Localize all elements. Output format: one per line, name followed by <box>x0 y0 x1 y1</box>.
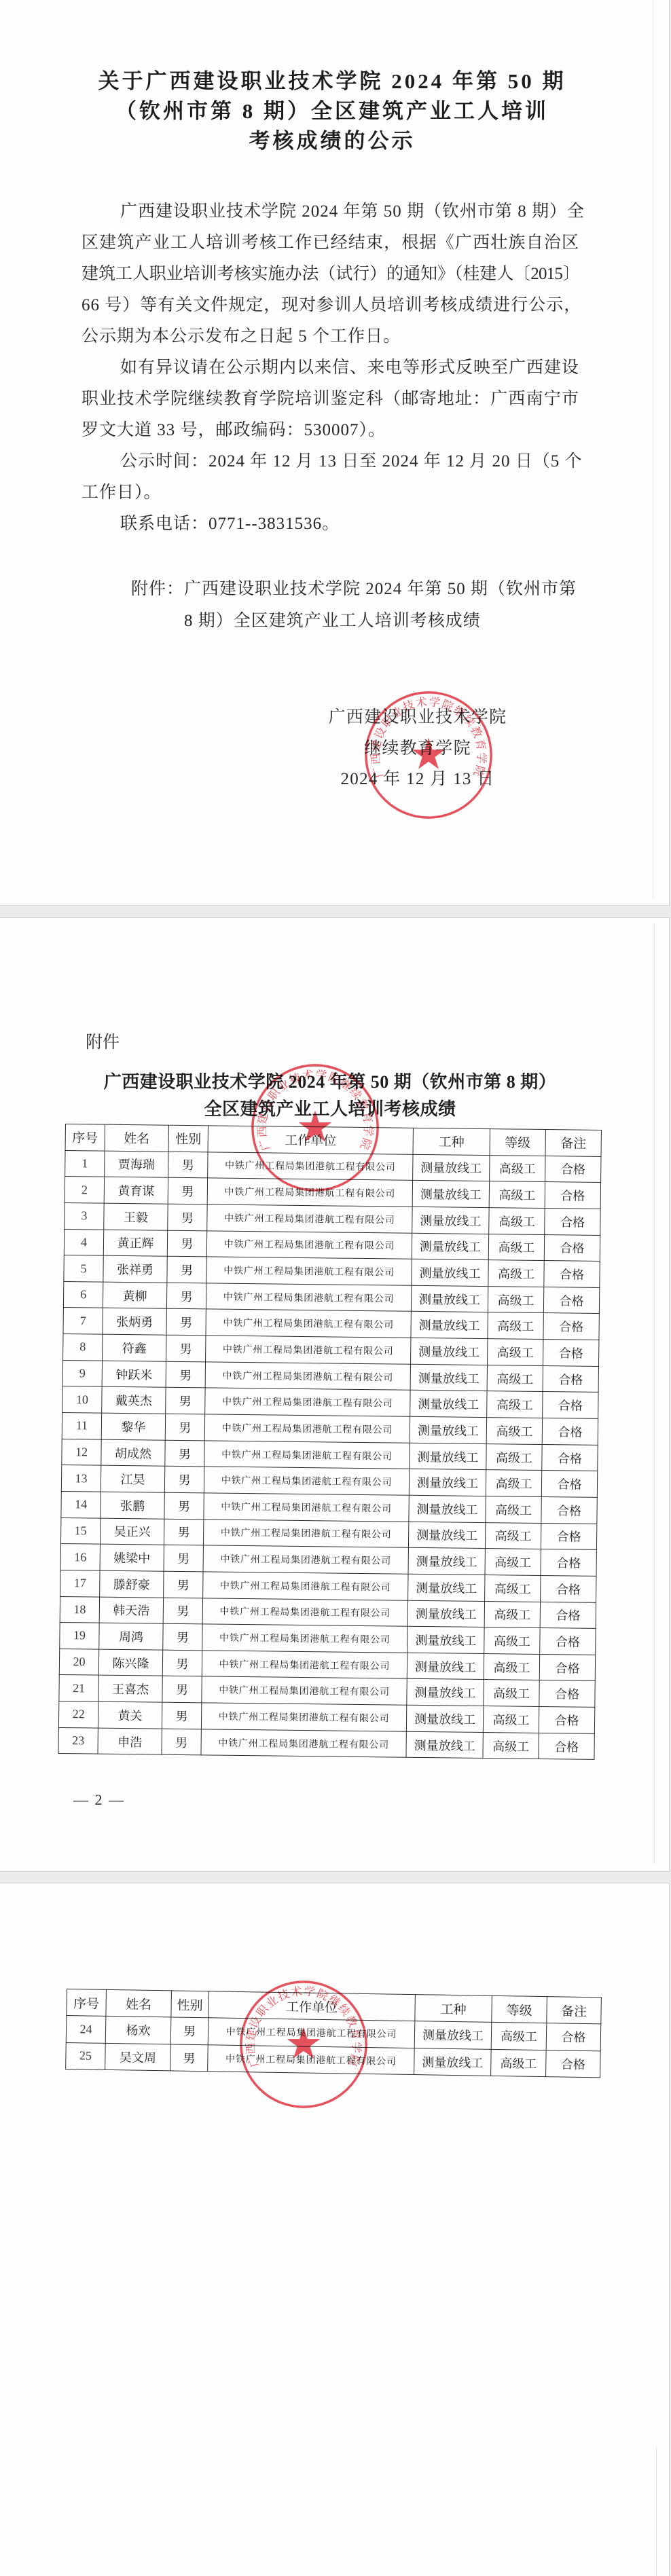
cell-employer: 中铁广州工程局集团港航工程有限公司 <box>205 1388 410 1416</box>
cell-remark: 合格 <box>539 1654 595 1681</box>
cell-trade: 测量放线工 <box>414 2021 492 2049</box>
scan-edge-line <box>656 2447 657 2576</box>
cell-trade: 测量放线工 <box>409 1495 486 1522</box>
contact-phone-line: 联系电话：0771--3831536。 <box>120 509 579 540</box>
cell-level: 高级工 <box>484 1627 540 1655</box>
header-level: 等级 <box>490 1129 545 1156</box>
cell-no: 16 <box>60 1544 100 1570</box>
cell-remark: 合格 <box>539 1707 594 1734</box>
cell-trade: 测量放线工 <box>406 1731 483 1759</box>
cell-name: 申浩 <box>98 1728 162 1755</box>
cell-gender: 男 <box>162 1702 201 1729</box>
cell-employer: 中铁广州工程局集团港航工程有限公司 <box>202 1598 407 1626</box>
cell-employer: 中铁广州工程局集团港航工程有限公司 <box>203 1545 408 1574</box>
cell-employer: 中铁广州工程局集团港航工程有限公司 <box>206 1336 411 1364</box>
header-gender: 性别 <box>171 1991 209 2018</box>
cell-trade: 测量放线工 <box>412 1259 488 1287</box>
page-3: 序号 姓名 性别 工作单位 工种 等级 备注 24 杨欢 男 中铁广州工程局集团… <box>0 1883 670 2576</box>
cell-gender: 男 <box>164 1545 203 1571</box>
cell-name: 陈兴隆 <box>98 1649 162 1676</box>
table-row: 23 申浩 男 中铁广州工程局集团港航工程有限公司 测量放线工 高级工 合格 <box>58 1727 594 1760</box>
cell-name: 黎华 <box>101 1413 165 1440</box>
body-line: 如有异议请在公示期内以来信、来电等形式反映至广西建设 <box>120 352 579 384</box>
cell-trade: 测量放线工 <box>414 2048 492 2076</box>
document-viewer[interactable]: 关于广西建设职业技术学院 2024 年第 50 期 （钦州市第 8 期）全区建筑… <box>0 0 671 2576</box>
cell-trade: 测量放线工 <box>408 1574 485 1601</box>
cell-trade: 测量放线工 <box>410 1443 486 1470</box>
cell-no: 11 <box>62 1413 101 1439</box>
cell-trade: 测量放线工 <box>409 1469 486 1496</box>
cell-name: 黄育谋 <box>104 1177 168 1204</box>
table-title-line: 全区建筑产业工人培训考核成绩 <box>58 1096 602 1123</box>
results-table: 序号 姓名 性别 工作单位 工种 等级 备注 1 贾海瑞 男 中铁广州工程局集团… <box>58 1124 601 1760</box>
cell-no: 5 <box>64 1255 103 1282</box>
cell-gender: 男 <box>163 1598 202 1624</box>
cell-remark: 合格 <box>546 2050 601 2078</box>
cell-level: 高级工 <box>486 1470 541 1497</box>
cell-gender: 男 <box>167 1230 206 1257</box>
cell-level: 高级工 <box>485 1522 541 1549</box>
body-line: 公示时间：2024 年 12 月 13 日至 2024 年 12 月 20 日（… <box>120 446 579 477</box>
cell-employer: 中铁广州工程局集团港航工程有限公司 <box>201 1703 406 1731</box>
cell-gender: 男 <box>170 2044 208 2072</box>
cell-gender: 男 <box>166 1361 205 1388</box>
body-line: 广西建设职业技术学院 2024 年第 50 期（钦州市第 8 期）全 <box>120 196 579 227</box>
page-1: 关于广西建设职业技术学院 2024 年第 50 期 （钦州市第 8 期）全区建筑… <box>0 0 670 906</box>
header-remark: 备注 <box>545 1130 601 1157</box>
cell-trade: 测量放线工 <box>408 1548 485 1575</box>
cell-gender: 男 <box>167 1256 206 1283</box>
cell-no: 17 <box>60 1570 100 1596</box>
cell-remark: 合格 <box>542 1418 598 1446</box>
cell-trade: 测量放线工 <box>410 1416 486 1443</box>
header-employer: 工作单位 <box>208 1991 416 2021</box>
attachment-label: 附件 <box>86 1029 120 1056</box>
cell-level: 高级工 <box>483 1706 539 1733</box>
cell-gender: 男 <box>168 1178 207 1204</box>
title-line: （钦州市第 8 期）全区建筑产业工人培训 <box>60 96 604 126</box>
cell-remark: 合格 <box>539 1680 595 1708</box>
table-title: 广西建设职业技术学院 2024 年第 50 期（钦州市第 8 期） 全区建筑产业… <box>58 1069 602 1123</box>
cell-no: 12 <box>62 1439 101 1465</box>
cell-level: 高级工 <box>486 1418 542 1445</box>
cell-employer: 中铁广州工程局集团港航工程有限公司 <box>203 1572 408 1600</box>
cell-employer: 中铁广州工程局集团港航工程有限公司 <box>204 1414 410 1443</box>
cell-no: 1 <box>65 1150 105 1177</box>
cell-gender: 男 <box>165 1440 204 1467</box>
header-gender: 性别 <box>168 1125 208 1152</box>
cell-employer: 中铁广州工程局集团港航工程有限公司 <box>204 1493 409 1522</box>
cell-employer: 中铁广州工程局集团港航工程有限公司 <box>203 1519 408 1547</box>
cell-no: 9 <box>62 1360 102 1386</box>
cell-name: 张鹏 <box>101 1492 164 1519</box>
cell-remark: 合格 <box>543 1287 599 1314</box>
cell-level: 高级工 <box>487 1391 543 1418</box>
cell-no: 21 <box>59 1675 98 1701</box>
cell-name: 杨欢 <box>105 2017 171 2044</box>
cell-employer: 中铁广州工程局集团港航工程有限公司 <box>202 1651 407 1679</box>
cell-no: 14 <box>61 1491 101 1517</box>
cell-remark: 合格 <box>539 1733 594 1760</box>
scan-edge-line <box>654 923 655 1864</box>
cell-level: 高级工 <box>488 1312 543 1340</box>
cell-name: 钟跃米 <box>102 1361 166 1388</box>
body-line: 罗文大道 33 号，邮政编码：530007）。 <box>81 415 579 446</box>
cell-gender: 男 <box>166 1283 206 1309</box>
cell-name: 吴正兴 <box>100 1518 164 1545</box>
cell-remark: 合格 <box>541 1496 597 1524</box>
header-no: 序号 <box>65 1124 105 1151</box>
cell-trade: 测量放线工 <box>410 1391 487 1418</box>
cell-trade: 测量放线工 <box>412 1181 489 1208</box>
cell-name: 姚梁中 <box>100 1544 164 1571</box>
cell-no: 6 <box>63 1281 103 1308</box>
cell-name: 王毅 <box>104 1203 168 1230</box>
cell-no: 19 <box>60 1623 99 1649</box>
signature-dept: 继续教育学院 <box>282 733 554 765</box>
cell-remark: 合格 <box>541 1575 596 1602</box>
cell-level: 高级工 <box>485 1549 541 1576</box>
body-line: 建筑工人职业培训考核实施办法（试行）的通知》（桂建人〔2015〕 <box>81 259 579 290</box>
header-trade: 工种 <box>413 1128 490 1155</box>
cell-remark: 合格 <box>541 1549 596 1577</box>
cell-gender: 男 <box>170 2017 208 2044</box>
cell-remark: 合格 <box>543 1392 598 1419</box>
cell-trade: 测量放线工 <box>408 1522 485 1549</box>
cell-name: 黄正辉 <box>103 1230 167 1257</box>
cell-trade: 测量放线工 <box>410 1364 487 1391</box>
signature-date: 2024 年 12 月 13 日 <box>282 764 554 795</box>
cell-level: 高级工 <box>490 1155 545 1182</box>
cell-no: 25 <box>66 2042 106 2069</box>
cell-level: 高级工 <box>488 1286 543 1313</box>
cell-name: 滕舒豪 <box>100 1570 164 1598</box>
cell-no: 2 <box>65 1177 104 1203</box>
body-line: 公示期为本公示发布之日起 5 个工作日。 <box>81 321 579 352</box>
cell-no: 4 <box>64 1229 103 1255</box>
cell-level: 高级工 <box>487 1365 543 1392</box>
cell-gender: 男 <box>164 1467 204 1493</box>
cell-name: 黄关 <box>98 1701 162 1729</box>
cell-no: 10 <box>62 1386 102 1413</box>
cell-no: 3 <box>65 1202 104 1229</box>
cell-gender: 男 <box>166 1335 206 1361</box>
header-employer: 工作单位 <box>208 1126 413 1154</box>
cell-remark: 合格 <box>544 1234 600 1262</box>
body-line: 66 号）等有关文件规定，现对参训人员培训考核成绩进行公示， <box>81 290 579 321</box>
attachment-note-line: 8 期）全区建筑产业工人培训考核成绩 <box>184 606 481 637</box>
results-table-continued: 序号 姓名 性别 工作单位 工种 等级 备注 24 杨欢 男 中铁广州工程局集团… <box>65 1989 602 2078</box>
cell-employer: 中铁广州工程局集团港航工程有限公司 <box>208 1152 413 1181</box>
cell-level: 高级工 <box>491 2049 547 2077</box>
cell-name: 韩天浩 <box>99 1597 163 1624</box>
cell-employer: 中铁广州工程局集团港航工程有限公司 <box>206 1309 411 1338</box>
body-line: 区建筑产业工人培训考核工作已经结束，根据《广西壮族自治区 <box>81 227 579 259</box>
cell-name: 周鸿 <box>99 1623 163 1650</box>
cell-gender: 男 <box>162 1729 201 1755</box>
cell-name: 王喜杰 <box>98 1676 162 1703</box>
body-line: 职业技术学院继续教育学院培训鉴定科（邮寄地址：广西南宁市 <box>81 384 579 415</box>
cell-name: 符鑫 <box>103 1334 166 1361</box>
cell-gender: 男 <box>166 1309 206 1336</box>
cell-level: 高级工 <box>488 1260 544 1287</box>
cell-gender: 男 <box>162 1650 202 1676</box>
cell-remark: 合格 <box>541 1471 597 1498</box>
cell-gender: 男 <box>168 1204 207 1230</box>
cell-no: 13 <box>61 1465 101 1492</box>
cell-level: 高级工 <box>484 1601 540 1628</box>
page-2: 附件 广西建设职业技术学院 2024 年第 50 期（钦州市第 8 期） 全区建… <box>0 917 670 1872</box>
cell-trade: 测量放线工 <box>413 1154 490 1181</box>
cell-remark: 合格 <box>542 1444 598 1471</box>
header-name: 姓名 <box>106 1989 172 2017</box>
cell-trade: 测量放线工 <box>412 1233 488 1260</box>
cell-trade: 测量放线工 <box>412 1207 489 1234</box>
cell-remark: 合格 <box>541 1523 596 1550</box>
cell-level: 高级工 <box>489 1181 545 1209</box>
cell-trade: 测量放线工 <box>407 1600 484 1627</box>
cell-remark: 合格 <box>543 1365 598 1393</box>
cell-gender: 男 <box>162 1676 202 1703</box>
cell-gender: 男 <box>164 1492 204 1519</box>
cell-remark: 合格 <box>544 1261 600 1288</box>
cell-no: 23 <box>58 1727 98 1754</box>
cell-name: 戴英杰 <box>102 1387 166 1414</box>
cell-employer: 中铁广州工程局集团港航工程有限公司 <box>201 1729 406 1758</box>
title-line: 考核成绩的公示 <box>60 126 604 156</box>
cell-no: 8 <box>63 1334 103 1361</box>
cell-name: 黄柳 <box>103 1282 166 1309</box>
cell-no: 18 <box>60 1596 99 1623</box>
header-trade: 工种 <box>415 1995 492 2023</box>
title-line: 关于广西建设职业技术学院 2024 年第 50 期 <box>60 67 604 96</box>
cell-gender: 男 <box>164 1519 203 1545</box>
signature-org: 广西建设职业技术学院 <box>282 702 554 733</box>
cell-remark: 合格 <box>545 1208 600 1235</box>
header-no: 序号 <box>67 1989 107 2017</box>
cell-level: 高级工 <box>484 1680 539 1707</box>
cell-gender: 男 <box>163 1623 202 1650</box>
cell-employer: 中铁广州工程局集团港航工程有限公司 <box>204 1467 409 1495</box>
cell-trade: 测量放线工 <box>406 1705 483 1732</box>
cell-remark: 合格 <box>546 2023 601 2051</box>
cell-level: 高级工 <box>488 1339 543 1366</box>
table-title-line: 广西建设职业技术学院 2024 年第 50 期（钦州市第 8 期） <box>58 1069 602 1096</box>
cell-name: 张炳勇 <box>103 1308 166 1336</box>
cell-gender: 男 <box>168 1152 208 1178</box>
cell-employer: 中铁广州工程局集团港航工程有限公司 <box>205 1362 410 1391</box>
header-remark: 备注 <box>547 1997 602 2025</box>
cell-level: 高级工 <box>486 1443 542 1471</box>
header-name: 姓名 <box>105 1124 168 1152</box>
cell-employer: 中铁广州工程局集团港航工程有限公司 <box>207 1178 412 1207</box>
notice-title: 关于广西建设职业技术学院 2024 年第 50 期 （钦州市第 8 期）全区建筑… <box>60 67 604 156</box>
scan-edge-line <box>653 0 653 898</box>
cell-no: 7 <box>63 1308 103 1334</box>
cell-employer: 中铁广州工程局集团港航工程有限公司 <box>202 1624 407 1653</box>
cell-trade: 测量放线工 <box>407 1653 484 1680</box>
cell-level: 高级工 <box>489 1208 545 1235</box>
cell-employer: 中铁广州工程局集团港航工程有限公司 <box>202 1676 407 1705</box>
cell-level: 高级工 <box>484 1653 539 1680</box>
body-line: 工作日）。 <box>81 477 579 509</box>
cell-employer: 中铁广州工程局集团港航工程有限公司 <box>206 1257 412 1285</box>
cell-no: 22 <box>58 1701 98 1728</box>
page-number: — 2 — <box>73 1790 125 1809</box>
cell-employer: 中铁广州工程局集团港航工程有限公司 <box>206 1230 412 1259</box>
header-level: 等级 <box>492 1995 547 2023</box>
cell-remark: 合格 <box>543 1340 599 1367</box>
cell-level: 高级工 <box>491 2023 547 2050</box>
cell-name: 江昊 <box>101 1465 164 1492</box>
cell-remark: 合格 <box>545 1156 601 1183</box>
cell-employer: 中铁广州工程局集团港航工程有限公司 <box>208 2044 415 2074</box>
cell-trade: 测量放线工 <box>411 1338 488 1365</box>
cell-employer: 中铁广州工程局集团港航工程有限公司 <box>204 1441 410 1469</box>
cell-gender: 男 <box>166 1388 205 1414</box>
cell-no: 15 <box>60 1517 100 1544</box>
cell-trade: 测量放线工 <box>407 1626 484 1653</box>
cell-remark: 合格 <box>545 1182 600 1209</box>
cell-level: 高级工 <box>485 1575 541 1602</box>
cell-employer: 中铁广州工程局集团港航工程有限公司 <box>206 1283 411 1312</box>
cell-no: 20 <box>59 1649 98 1675</box>
cell-trade: 测量放线工 <box>411 1285 488 1312</box>
cell-trade: 测量放线工 <box>411 1312 488 1339</box>
cell-level: 高级工 <box>486 1496 541 1524</box>
cell-name: 吴文周 <box>105 2043 171 2071</box>
cell-level: 高级工 <box>483 1732 539 1759</box>
cell-name: 张祥勇 <box>103 1255 167 1283</box>
cell-remark: 合格 <box>543 1313 599 1340</box>
cell-remark: 合格 <box>540 1628 596 1655</box>
cell-level: 高级工 <box>488 1234 544 1261</box>
cell-remark: 合格 <box>540 1602 596 1629</box>
cell-name: 胡成然 <box>101 1439 165 1467</box>
cell-no: 24 <box>66 2016 106 2043</box>
cell-trade: 测量放线工 <box>407 1679 484 1706</box>
cell-employer: 中铁广州工程局集团港航工程有限公司 <box>208 2018 415 2048</box>
cell-name: 贾海瑞 <box>105 1151 168 1178</box>
cell-gender: 男 <box>165 1414 204 1440</box>
cell-gender: 男 <box>164 1571 203 1598</box>
cell-employer: 中铁广州工程局集团港航工程有限公司 <box>207 1204 412 1233</box>
attachment-note-line: 附件：广西建设职业技术学院 2024 年第 50 期（钦州市第 <box>131 574 575 605</box>
